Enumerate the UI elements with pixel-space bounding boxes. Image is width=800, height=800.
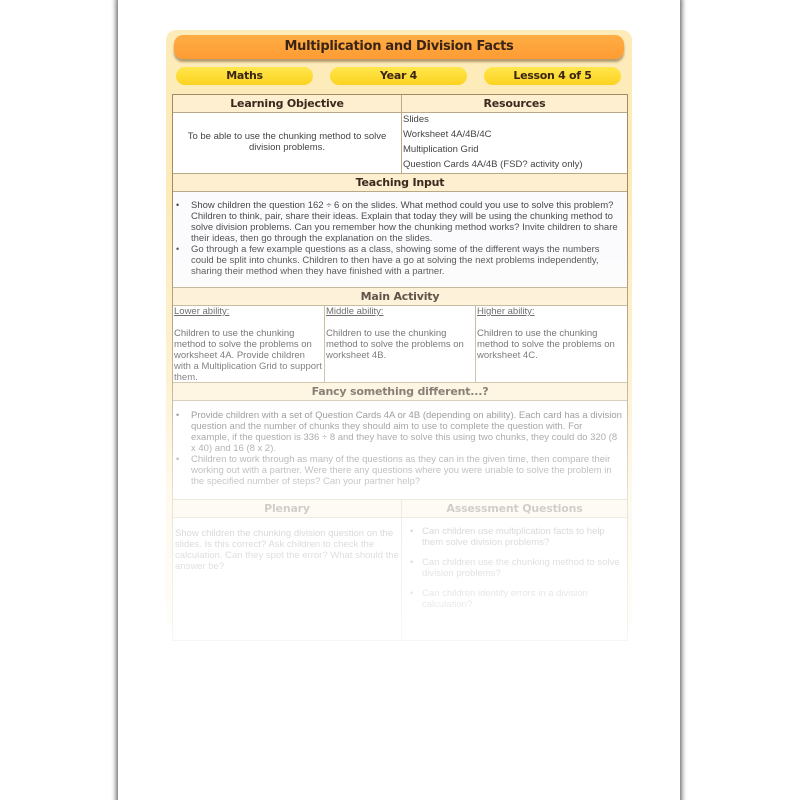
teaching-input-heading: Teaching Input [173,174,627,192]
higher-ability-text: Children to use the chunking method to s… [477,328,626,361]
learning-objective-text: To be able to use the chunking method to… [173,113,401,171]
fsd-bullet: Children to work through as many of the … [191,454,623,487]
fancy-something-different-section: Provide children with a set of Question … [173,401,627,500]
resource-item: Question Cards 4A/4B (FSD? activity only… [403,158,626,173]
resource-item: Worksheet 4A/4B/4C [403,128,626,143]
year-badge: Year 4 [330,67,467,85]
lower-ability-label: Lower ability: [174,306,323,328]
document-page: Multiplication and Division Facts Maths … [118,0,680,800]
assessment-questions-heading: Assessment Questions [401,500,627,517]
main-activity-heading: Main Activity [173,288,627,306]
higher-ability-label: Higher ability: [477,306,626,328]
assessment-question: Can children use multiplication facts to… [422,526,623,548]
main-activity-section: Lower ability: Children to use the chunk… [173,306,627,383]
resource-item: Multiplication Grid [403,143,626,158]
lower-ability-cell: Lower ability: Children to use the chunk… [173,306,324,382]
teaching-input-bullet: Go through a few example questions as a … [191,244,623,277]
plenary-heading: Plenary [173,500,401,517]
footer-website: www.planbee.com [563,746,628,755]
higher-ability-cell: Higher ability: Children to use the chun… [475,306,627,382]
middle-ability-label: Middle ability: [326,306,474,328]
teaching-input-bullet: Show children the question 162 ÷ 6 on th… [191,200,623,244]
learning-objective-heading: Learning Objective [173,95,401,112]
assessment-question: Can children identify errors in a divisi… [422,588,623,610]
middle-ability-cell: Middle ability: Children to use the chun… [324,306,475,382]
plenary-text: Show children the chunking division ques… [173,518,401,640]
lesson-title: Multiplication and Division Facts [174,35,624,59]
fsd-bullet: Provide children with a set of Question … [191,410,623,454]
lower-ability-text: Children to use the chunking method to s… [174,328,323,383]
footer-copyright: Copyright © PlanBee Resources Ltd 2014 [166,746,315,755]
resources-heading: Resources [401,95,627,112]
assessment-question: Can children use the chunking method to … [422,557,623,579]
teaching-input-section: Show children the question 162 ÷ 6 on th… [173,192,627,288]
fancy-something-different-heading: Fancy something different...? [173,383,627,401]
subject-badge: Maths [176,67,313,85]
lesson-badge: Lesson 4 of 5 [484,67,621,85]
middle-ability-text: Children to use the chunking method to s… [326,328,474,361]
resources-list: Slides Worksheet 4A/4B/4C Multiplication… [401,113,627,173]
lesson-plan-sheet: Multiplication and Division Facts Maths … [166,30,632,628]
lesson-plan-table: Learning Objective Resources To be able … [172,94,628,641]
assessment-questions-list: Can children use multiplication facts to… [401,518,627,640]
resource-item: Slides [403,113,626,128]
